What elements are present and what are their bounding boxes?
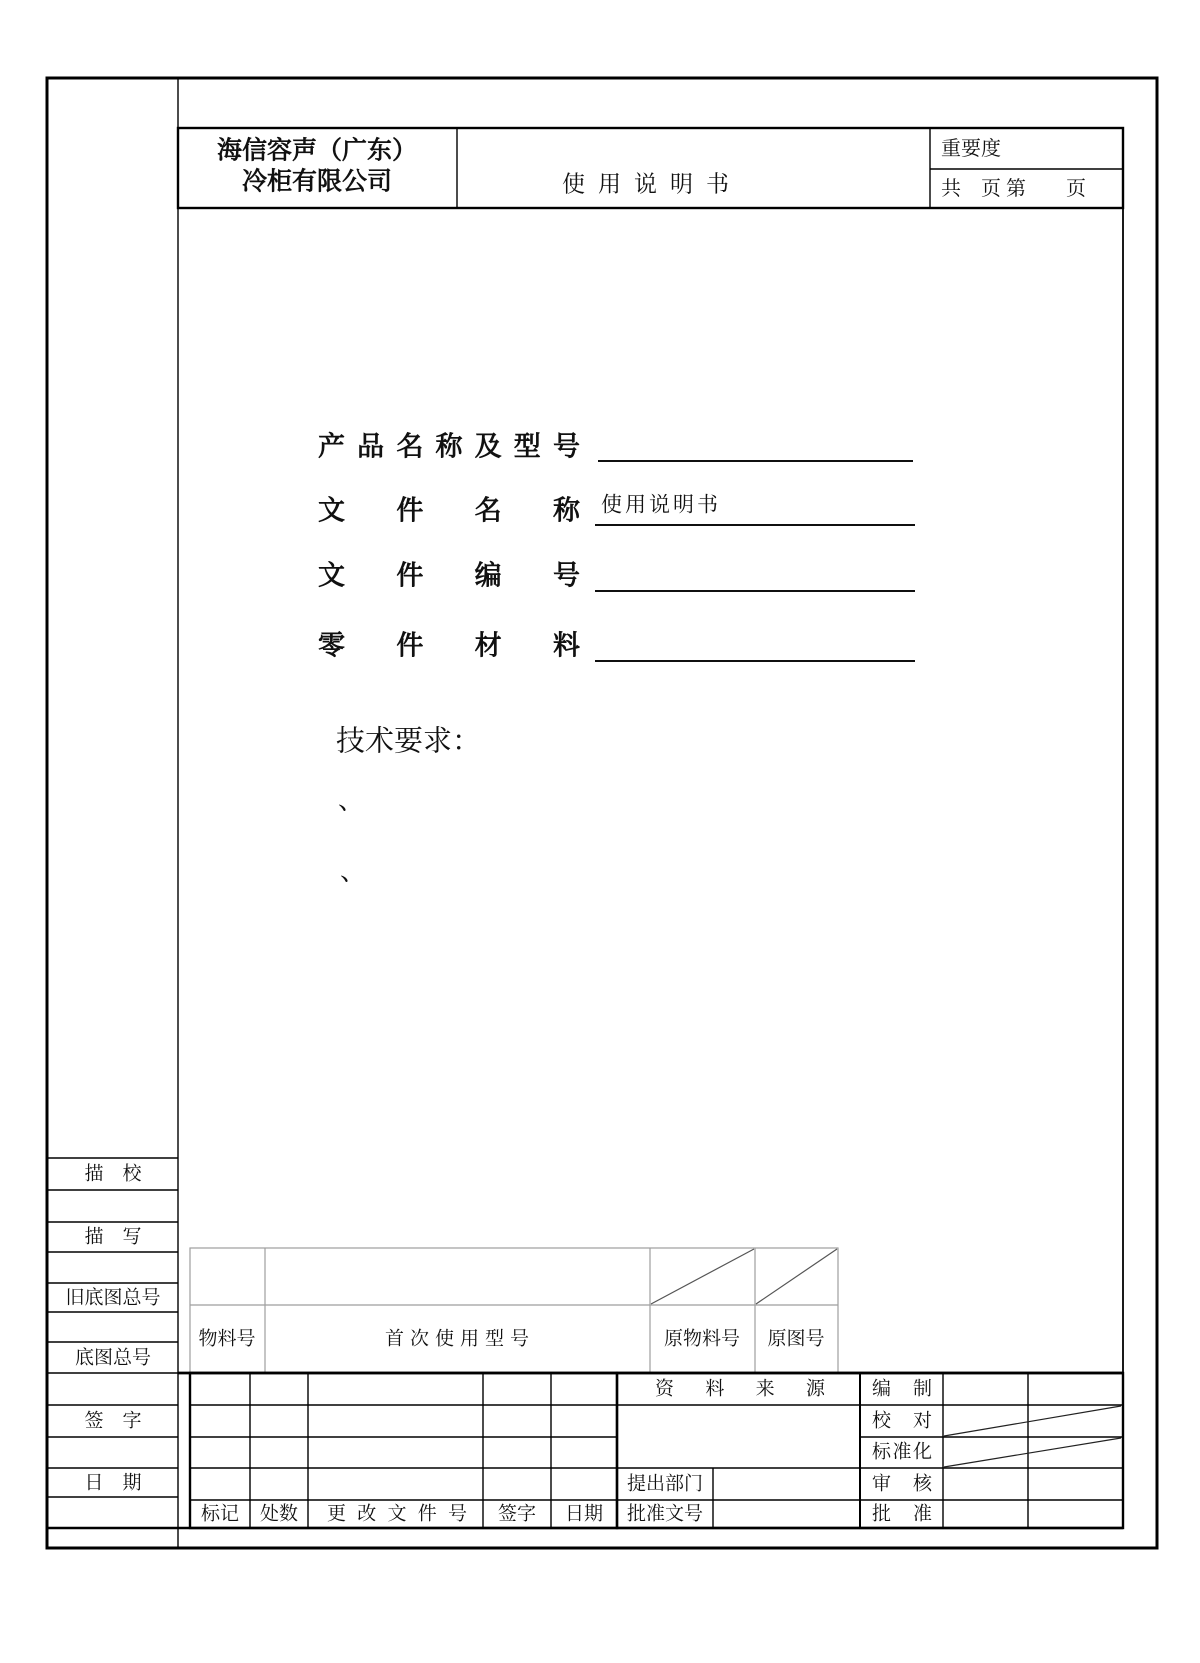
sidebar-label-signature: 签 字 xyxy=(84,1412,141,1431)
field-label-file-name: 文件名称 xyxy=(318,498,580,525)
company-name-line2: 冷柜有限公司 xyxy=(242,170,392,195)
pages-label: 共 页 第 页 xyxy=(941,179,1086,199)
material-col-header-material-no: 物料号 xyxy=(198,1330,255,1349)
field-label-product: 产品名称及型号 xyxy=(318,434,580,461)
field-value-file-name: 使用说明书 xyxy=(601,495,721,516)
list-bullet-2: 、 xyxy=(340,859,366,885)
approval-row-label-standardized: 标准化 xyxy=(872,1443,932,1462)
dept-label: 提出部门 xyxy=(627,1475,703,1494)
field-label-file-number: 文件编号 xyxy=(318,563,580,590)
sidebar-label-trace-check: 描 校 xyxy=(84,1165,141,1184)
approval-row-label-checked: 校对 xyxy=(872,1412,932,1431)
doc-title: 使用说明书 xyxy=(562,173,742,196)
document-page: 海信容声（广东） 冷柜有限公司 使用说明书 重要度 共 页 第 页 产品名称及型… xyxy=(0,0,1200,1663)
material-col-header-orig-material-no: 原物料号 xyxy=(664,1330,740,1349)
field-underline-file-number xyxy=(595,590,915,592)
revision-col-header-change-file-no: 更改文件号 xyxy=(327,1505,467,1524)
approval-row-label-prepared: 编制 xyxy=(872,1380,932,1399)
sidebar-label-date: 日 期 xyxy=(84,1474,141,1493)
material-col-header-orig-drawing-no: 原图号 xyxy=(767,1330,824,1349)
approval-row-label-approved: 批准 xyxy=(872,1505,932,1524)
revision-col-header-mark: 标记 xyxy=(201,1505,239,1524)
source-title: 资料来源 xyxy=(655,1380,825,1399)
sidebar-label-trace-write: 描 写 xyxy=(84,1228,141,1247)
revision-col-header-date: 日期 xyxy=(565,1505,603,1524)
list-bullet-1: 、 xyxy=(338,788,364,814)
revision-col-header-signature: 签字 xyxy=(498,1505,536,1524)
tech-requirements-label: 技术要求： xyxy=(336,728,481,757)
material-col-header-first-use-model: 首次使用型号 xyxy=(385,1330,535,1349)
field-label-part-material: 零件材料 xyxy=(318,633,580,660)
importance-label: 重要度 xyxy=(941,139,1001,159)
table-grid-lines xyxy=(0,0,1200,1663)
approval-doc-label: 批准文号 xyxy=(627,1505,703,1524)
sidebar-label-master-no: 底图总号 xyxy=(75,1349,151,1368)
company-name-line1: 海信容声（广东） xyxy=(217,139,417,164)
field-underline-part-material xyxy=(595,660,915,662)
field-underline-product xyxy=(598,460,913,462)
approval-row-label-reviewed: 审核 xyxy=(872,1475,932,1494)
sidebar-label-old-master-no: 旧底图总号 xyxy=(65,1289,160,1308)
field-underline-file-name xyxy=(595,524,915,526)
revision-col-header-count: 处数 xyxy=(260,1505,298,1524)
